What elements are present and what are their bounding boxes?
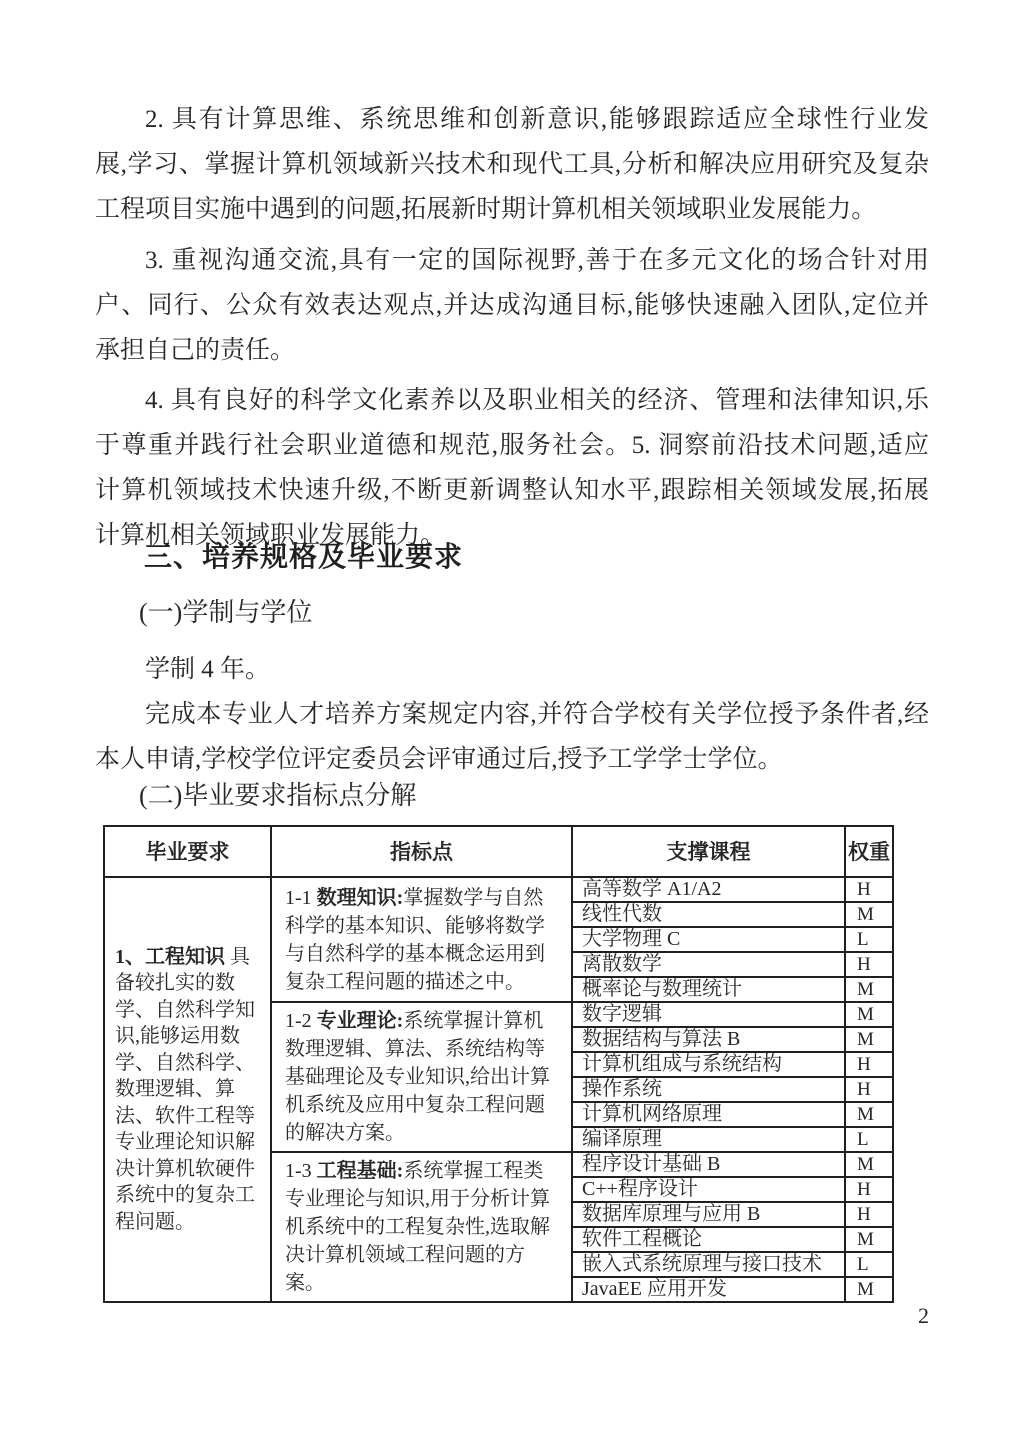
header-supporting-courses: 支撑课程 xyxy=(572,826,845,877)
weight-cell: M xyxy=(845,1227,893,1252)
weight-cell: M xyxy=(845,1152,893,1177)
document-page: 2. 具有计算思维、系统思维和创新意识,能够跟踪适应全球性行业发展,学习、掌握计… xyxy=(0,0,1024,1448)
graduation-requirement-cell: 1、工程知识 具备较扎实的数学、自然科学知识,能够运用数学、自然科学、数理逻辑、… xyxy=(104,877,271,1302)
header-indicator-point: 指标点 xyxy=(271,826,572,877)
paragraph-line: 户、同行、公众有效表达观点,并达成沟通目标,能够快速融入团队,定位并 xyxy=(95,283,929,328)
paragraph-line: 承担自己的责任。 xyxy=(95,328,929,373)
course-name-cell: 数字逻辑 xyxy=(572,1002,845,1027)
course-name-cell: 大学物理 C xyxy=(572,927,845,952)
course-row: 1、工程知识 具备较扎实的数学、自然科学知识,能够运用数学、自然科学、数理逻辑、… xyxy=(104,877,893,902)
course-name-cell: 计算机网络原理 xyxy=(572,1102,845,1127)
paragraph-line: 4. 具有良好的科学文化素养以及职业相关的经济、管理和法律知识,乐 xyxy=(95,378,929,423)
indicator-cell: 1-1 数理知识:掌握数学与自然科学的基本知识、能够将数学与自然科学的基本概念运… xyxy=(271,877,572,1002)
table-header-row: 毕业要求 指标点 支撑课程 权重 xyxy=(104,826,893,877)
weight-cell: M xyxy=(845,902,893,927)
course-name-cell: 线性代数 xyxy=(572,902,845,927)
weight-cell: M xyxy=(845,1002,893,1027)
paragraph-line: 学制 4 年。 xyxy=(95,647,929,692)
weight-cell: L xyxy=(845,927,893,952)
course-name-cell: 软件工程概论 xyxy=(572,1227,845,1252)
paragraph-line: 本人申请,学校学位评定委员会评审通过后,授予工学学士学位。 xyxy=(95,737,929,782)
course-name-cell: 操作系统 xyxy=(572,1077,845,1102)
course-name-cell: JavaEE 应用开发 xyxy=(572,1277,845,1302)
paragraph-line: 2. 具有计算思维、系统思维和创新意识,能够跟踪适应全球性行业发 xyxy=(95,97,929,142)
course-name-cell: 程序设计基础 B xyxy=(572,1152,845,1177)
weight-cell: H xyxy=(845,1077,893,1102)
weight-cell: M xyxy=(845,1027,893,1052)
indicator-cell: 1-2 专业理论:系统掌握计算机数理逻辑、算法、系统结构等基础理论及专业知识,给… xyxy=(271,1002,572,1152)
paragraph-line: 于尊重并践行社会职业道德和规范,服务社会。5. 洞察前沿技术问题,适应 xyxy=(95,423,929,468)
course-name-cell: 概率论与数理统计 xyxy=(572,977,845,1002)
weight-cell: H xyxy=(845,877,893,902)
section-heading: 三、培养规格及毕业要求 xyxy=(95,540,978,574)
body-paragraph: 3. 重视沟通交流,具有一定的国际视野,善于在多元文化的场合针对用户、同行、公众… xyxy=(95,238,929,373)
body-paragraph: 完成本专业人才培养方案规定内容,并符合学校有关学位授予条件者,经本人申请,学校学… xyxy=(95,692,929,782)
graduation-requirements-table: 毕业要求 指标点 支撑课程 权重 1、工程知识 具备较扎实的数学、自然科学知识,… xyxy=(103,825,894,1303)
weight-cell: L xyxy=(845,1252,893,1277)
weight-cell: L xyxy=(845,1127,893,1152)
paragraph-line: 展,学习、掌握计算机领域新兴技术和现代工具,分析和解决应用研究及复杂 xyxy=(95,142,929,187)
course-name-cell: 离散数学 xyxy=(572,952,845,977)
course-name-cell: 数据结构与算法 B xyxy=(572,1027,845,1052)
header-weight: 权重 xyxy=(845,826,893,877)
course-name-cell: 高等数学 A1/A2 xyxy=(572,877,845,902)
weight-cell: H xyxy=(845,1052,893,1077)
course-name-cell: C++程序设计 xyxy=(572,1177,845,1202)
weight-cell: H xyxy=(845,952,893,977)
weight-cell: M xyxy=(845,1277,893,1302)
weight-cell: M xyxy=(845,977,893,1002)
course-name-cell: 编译原理 xyxy=(572,1127,845,1152)
paragraph-line: 计算机领域技术快速升级,不断更新调整认知水平,跟踪相关领域发展,拓展 xyxy=(95,468,929,513)
course-name-cell: 计算机组成与系统结构 xyxy=(572,1052,845,1077)
weight-cell: M xyxy=(845,1102,893,1127)
weight-cell: H xyxy=(845,1177,893,1202)
weight-cell: H xyxy=(845,1202,893,1227)
body-paragraph: 4. 具有良好的科学文化素养以及职业相关的经济、管理和法律知识,乐于尊重并践行社… xyxy=(95,378,929,558)
course-name-cell: 数据库原理与应用 B xyxy=(572,1202,845,1227)
course-name-cell: 嵌入式系统原理与接口技术 xyxy=(572,1252,845,1277)
indicator-cell: 1-3 工程基础:系统掌握工程类专业理论与知识,用于分析计算机系统中的工程复杂性… xyxy=(271,1152,572,1302)
body-paragraph: 2. 具有计算思维、系统思维和创新意识,能够跟踪适应全球性行业发展,学习、掌握计… xyxy=(95,97,929,232)
subsection-heading: (一)学制与学位 xyxy=(95,597,973,629)
paragraph-line: 工程项目实施中遇到的问题,拓展新时期计算机相关领域职业发展能力。 xyxy=(95,187,929,232)
paragraph-line: 完成本专业人才培养方案规定内容,并符合学校有关学位授予条件者,经 xyxy=(95,692,929,737)
header-graduation-requirement: 毕业要求 xyxy=(104,826,271,877)
body-paragraph: 学制 4 年。 xyxy=(95,647,929,692)
paragraph-line: 3. 重视沟通交流,具有一定的国际视野,善于在多元文化的场合针对用 xyxy=(95,238,929,283)
page-number: 2 xyxy=(0,1303,929,1329)
subsection-heading: (二)毕业要求指标点分解 xyxy=(95,780,973,812)
